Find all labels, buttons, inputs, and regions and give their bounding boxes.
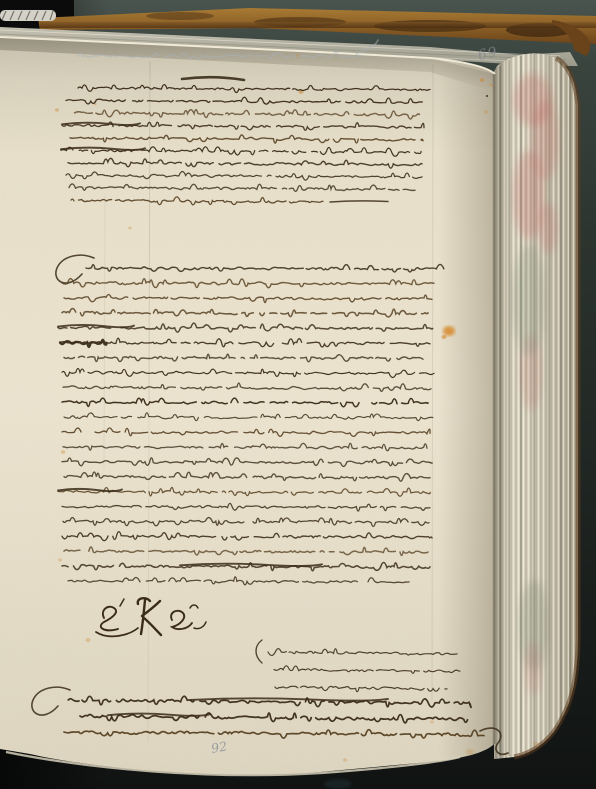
stain-spot <box>533 742 539 747</box>
stain-spot <box>480 78 484 81</box>
stain-spot <box>443 326 455 336</box>
stain-spot <box>466 749 474 755</box>
paper-grain <box>0 30 500 789</box>
stain-spot <box>61 450 65 454</box>
stain-spot <box>538 203 558 253</box>
stain-spot <box>430 720 434 723</box>
manuscript-photo: 69 92 <box>0 0 596 789</box>
stain-spot <box>58 558 62 561</box>
stain-spot <box>343 758 347 761</box>
stain-spot <box>486 95 488 97</box>
stain-spot <box>442 335 447 339</box>
stain-spot <box>512 244 546 356</box>
stain-spot <box>524 642 542 694</box>
stain-spot <box>490 84 493 86</box>
page-leaf <box>0 30 500 789</box>
stain-spot <box>86 638 91 642</box>
pencil-page-number: 92 <box>210 738 228 756</box>
stain-spot <box>55 108 59 111</box>
stain-spot <box>128 227 132 230</box>
fore-edge-gutter-shadow <box>494 50 504 762</box>
book-scene: 69 92 <box>0 0 596 789</box>
stain-spot <box>484 110 488 113</box>
fore-edge <box>492 50 582 762</box>
backdrop-blue-smudge <box>324 779 352 789</box>
